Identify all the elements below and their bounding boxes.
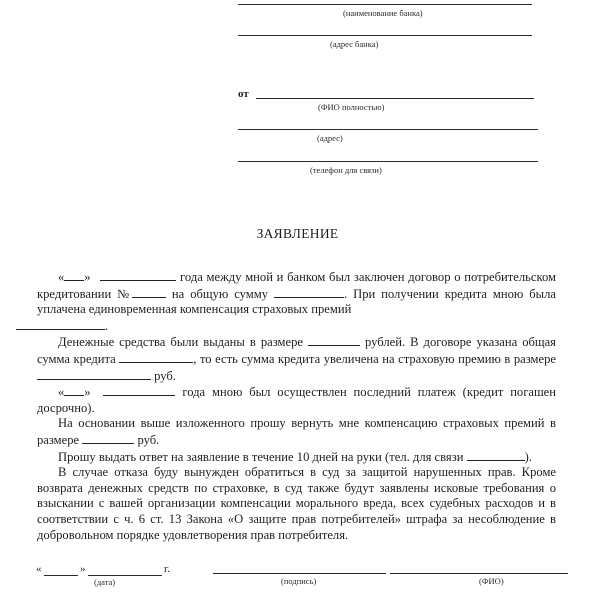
issued-amount-label: Денежные средства были выданы в размере (58, 335, 303, 349)
full-name-line[interactable] (256, 98, 534, 99)
phone-caption: (телефон для связи) (310, 165, 382, 175)
payment-month-field[interactable] (103, 384, 175, 396)
signature-line[interactable] (213, 573, 386, 574)
year-suffix: г. (164, 563, 170, 575)
insurance-premium-field[interactable] (16, 318, 105, 330)
paragraph-court: В случае отказа буду вынужден обратиться… (37, 465, 556, 543)
bank-address-line[interactable] (238, 35, 532, 36)
total-sum-label: на общую сумму (172, 287, 268, 301)
signature-date-close-quote: » (80, 563, 86, 575)
bank-address-caption: (адрес банка) (330, 39, 378, 49)
paragraph-contract: «» года между мной и банком был заключен… (37, 269, 556, 334)
response-text: Прошу выдать ответ на заявление в течени… (58, 450, 463, 464)
signature-caption: (подпись) (281, 576, 316, 586)
full-name-caption: (ФИО полностью) (318, 102, 384, 112)
full-name-signature-line[interactable] (390, 573, 568, 574)
bank-name-caption: (наименование банка) (343, 8, 423, 18)
rub-label: руб. (154, 369, 176, 383)
phone-line[interactable] (238, 161, 538, 162)
document-title: ЗАЯВЛЕНИЕ (0, 226, 595, 242)
total-sum-field[interactable] (274, 286, 344, 298)
issued-amount-field[interactable] (308, 334, 360, 346)
contact-phone-field[interactable] (467, 449, 525, 461)
closing-paren: ). (525, 450, 532, 464)
close-quote: » (84, 385, 90, 399)
paragraph-request: На основании выше изложенного прошу верн… (37, 416, 556, 448)
credit-sum-field[interactable] (119, 351, 193, 363)
name-caption: (ФИО) (479, 576, 504, 586)
contract-month-field[interactable] (100, 269, 176, 281)
statement-body: «» года между мной и банком был заключен… (37, 269, 556, 543)
signature-day-line[interactable] (44, 575, 78, 576)
address-caption: (адрес) (317, 133, 343, 143)
bank-name-line[interactable] (238, 4, 532, 5)
premium-amount-field[interactable] (37, 368, 151, 380)
close-quote: » (84, 270, 90, 284)
date-caption: (дата) (94, 577, 115, 587)
court-warning-text: В случае отказа буду вынужден обратиться… (37, 465, 556, 541)
paragraph-last-payment: «» года мною был осуществлен последний п… (37, 384, 556, 416)
premium-label: , то есть сумма кредита увеличена на стр… (193, 352, 556, 366)
paragraph-amount: Денежные средства были выданы в размере … (37, 334, 556, 384)
signature-month-line[interactable] (88, 575, 162, 576)
address-line[interactable] (238, 129, 538, 130)
from-label: от (238, 88, 249, 100)
paragraph-response: Прошу выдать ответ на заявление в течени… (37, 449, 556, 466)
rub-label: руб. (137, 433, 159, 447)
signature-date-open-quote: « (36, 563, 42, 575)
payment-day-field[interactable] (64, 384, 84, 396)
contract-number-field[interactable] (132, 286, 166, 298)
contract-day-field[interactable] (64, 269, 84, 281)
period: . (105, 319, 108, 333)
refund-amount-field[interactable] (82, 432, 134, 444)
